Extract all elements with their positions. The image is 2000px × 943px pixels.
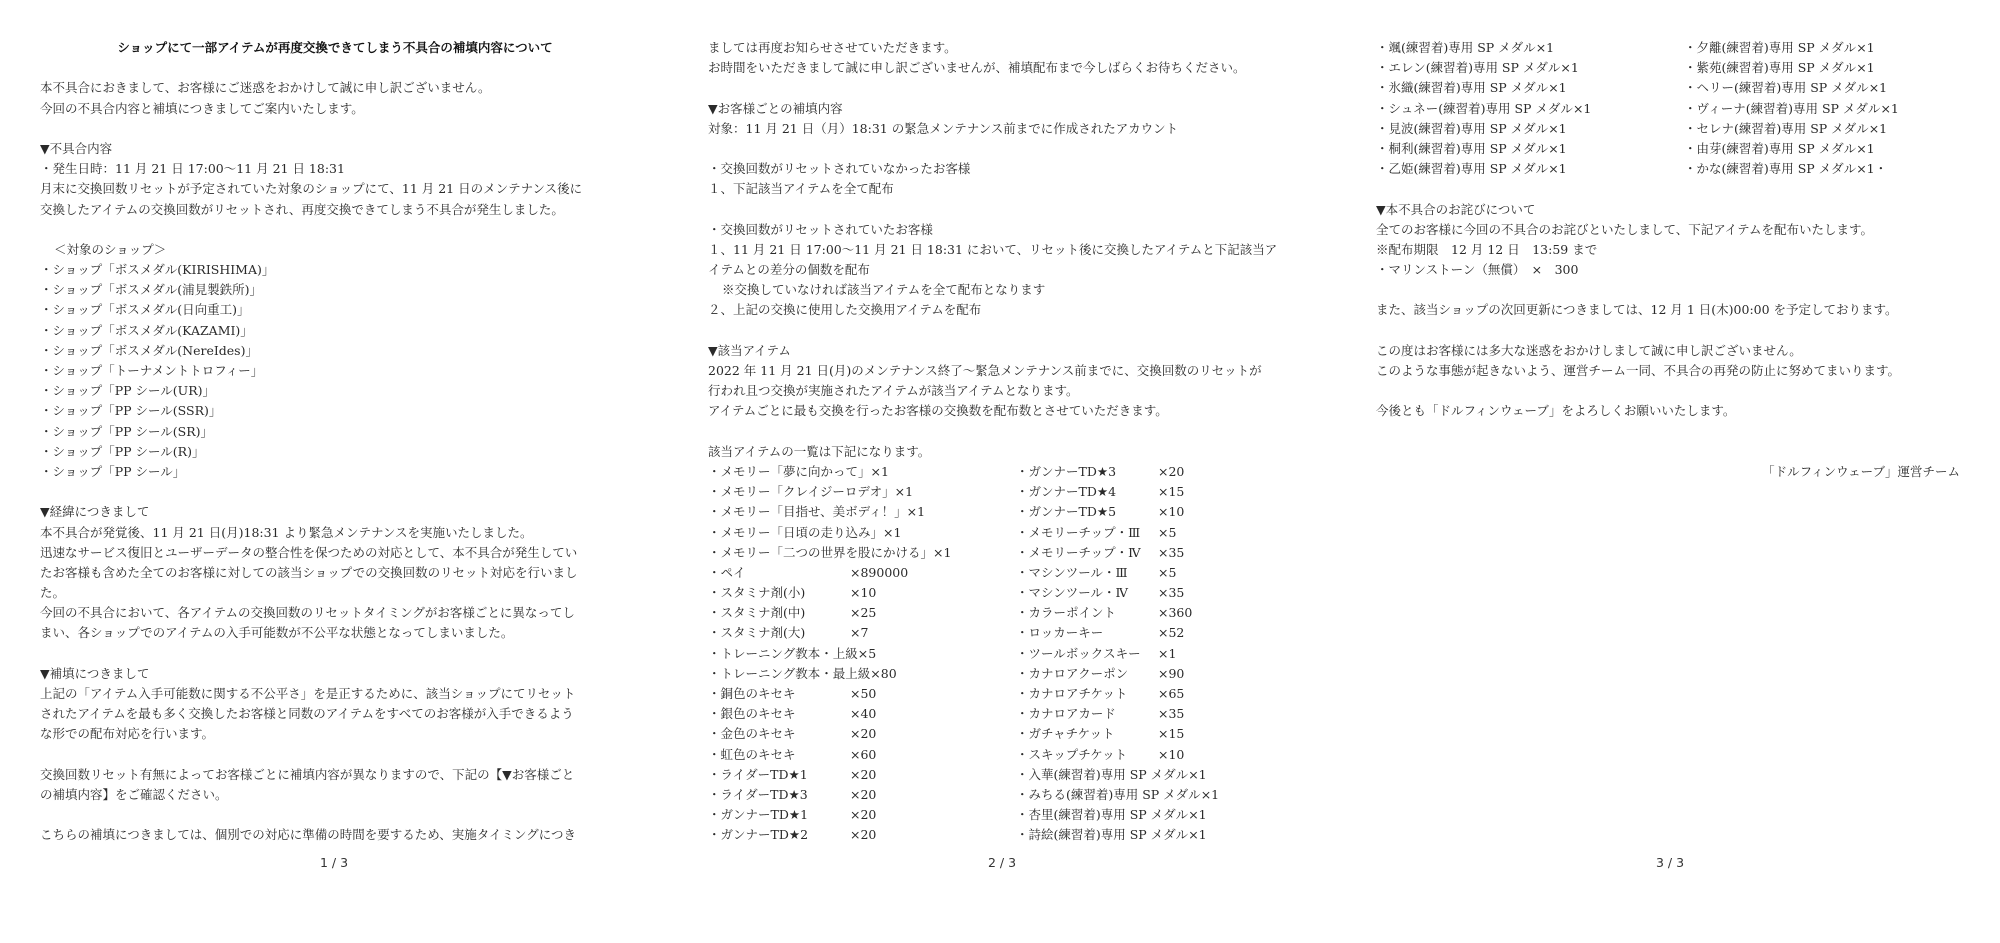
item-name: ・トレーニング教本・上級	[708, 644, 858, 664]
not-reset-label: ・交換回数がリセットされていなかったお客様	[708, 159, 1348, 179]
items-column-1: ・メモリー「夢に向かって」×1・メモリー「クレイジーロデオ」×1・メモリー「目指…	[708, 462, 1016, 846]
history-line: たお客様も含めた全てのお客様に対しての該当ショップでの交換回数のリセット対応を行…	[40, 563, 680, 583]
shop-item: ・ショップ「PP シール(R)」	[40, 442, 680, 462]
item-row: ・ガンナーTD★4×15	[1016, 482, 1219, 502]
item-quantity: ×1	[1856, 38, 1874, 58]
document-page-1: ショップにて一部アイテムが再度交換できてしまう不具合の補填内容について 本不具合…	[40, 38, 680, 878]
item-row: ・メモリー「クレイジーロデオ」×1	[708, 482, 1016, 502]
item-row: ・桐利(練習着)専用 SP メダル×1	[1376, 139, 1684, 159]
history-line: 迅速なサービス復旧とユーザーデータの整合性を保つための対応として、本不具合が発生…	[40, 543, 680, 563]
item-quantity: ×1	[1573, 99, 1591, 119]
bug-desc-line: 月末に交換回数リセットが予定されていた対象のショップにて、11 月 21 日のメ…	[40, 179, 680, 199]
reset-label: ・交換回数がリセットされていたお客様	[708, 220, 1348, 240]
document-page-2: ましては再度お知らせさせていただきます。 お時間をいただきまして誠に申し訳ござい…	[708, 38, 1348, 878]
page-number: 2 / 3	[988, 855, 1016, 870]
bug-datetime: ・発生日時：11 月 21 日 17:00～11 月 21 日 18:31	[40, 159, 680, 179]
item-quantity: ×10	[1158, 745, 1184, 765]
items-desc-line: 行われ且つ交換が実施されたアイテムが該当アイテムとなります。	[708, 381, 1348, 401]
item-quantity: ×20	[850, 765, 876, 785]
item-quantity: ×20	[1158, 462, 1184, 482]
item-quantity: ×15	[1158, 482, 1184, 502]
item-row: ・トレーニング教本・上級×5	[708, 644, 1016, 664]
item-name: ・入華(練習着)専用 SP メダル	[1016, 765, 1188, 785]
item-name: ・銀色のキセキ	[708, 704, 850, 724]
item-name: ・氷織(練習着)専用 SP メダル	[1376, 78, 1548, 98]
item-quantity: ×1	[1548, 139, 1566, 159]
item-row: ・颯(練習着)専用 SP メダル×1	[1376, 38, 1684, 58]
item-name: ・スタミナ剤(大)	[708, 623, 850, 643]
item-row: ・ライダーTD★3×20	[708, 785, 1016, 805]
regards-line: 今後とも「ドルフィンウェーブ」をよろしくお願いいたします。	[1376, 401, 1976, 421]
section-heading-items: ▼該当アイテム	[708, 341, 1348, 361]
items-column-1: ・颯(練習着)専用 SP メダル×1・エレン(練習着)専用 SP メダル×1・氷…	[1376, 38, 1684, 179]
item-row: ・乙姫(練習着)専用 SP メダル×1	[1376, 159, 1684, 179]
item-name: ・虹色のキセキ	[708, 745, 850, 765]
item-row: ・メモリーチップ・Ⅲ×5	[1016, 523, 1219, 543]
item-row: ・メモリー「二つの世界を股にかける」×1	[708, 543, 1016, 563]
shop-item: ・ショップ「ボスメダル(KAZAMI)」	[40, 321, 680, 341]
apology-line: 全てのお客様に今回の不具合のお詫びといたしまして、下記アイテムを配布いたします。	[1376, 220, 1976, 240]
item-name: ・メモリーチップ・Ⅳ	[1016, 543, 1158, 563]
item-quantity: ×1・	[1856, 159, 1887, 179]
items-desc-line: 2022 年 11 月 21 日(月)のメンテナンス終了～緊急メンテナンス前まで…	[708, 361, 1348, 381]
item-name: ・ヴィーナ(練習着)専用 SP メダル	[1684, 99, 1880, 119]
item-quantity: ×890000	[850, 563, 908, 583]
item-quantity: ×360	[1158, 603, 1192, 623]
item-name: ・スタミナ剤(中)	[708, 603, 850, 623]
section-heading-per-customer: ▼お客様ごとの補填内容	[708, 99, 1348, 119]
item-quantity: ×20	[850, 825, 876, 845]
shop-item: ・ショップ「PP シール(SR)」	[40, 422, 680, 442]
item-row: ・マシンツール・Ⅳ×35	[1016, 583, 1219, 603]
intro-line: 今回の不具合内容と補填につきましてご案内いたします。	[40, 99, 680, 119]
item-quantity: ×90	[1158, 664, 1184, 684]
item-name: ・ツールボックスキー	[1016, 644, 1158, 664]
closing-line: この度はお客様には多大な迷惑をおかけしまして誠に申し訳ございません。	[1376, 341, 1976, 361]
item-quantity: ×1	[1869, 119, 1887, 139]
item-name: ・杏里(練習着)専用 SP メダル	[1016, 805, 1188, 825]
item-name: ・かな(練習着)専用 SP メダル	[1684, 159, 1856, 179]
item-row: ・銀色のキセキ×40	[708, 704, 1016, 724]
item-quantity: ×1	[1188, 805, 1206, 825]
item-row: ・見波(練習着)専用 SP メダル×1	[1376, 119, 1684, 139]
item-name: ・紫苑(練習着)専用 SP メダル	[1684, 58, 1856, 78]
section-heading-compensation: ▼補填につきまして	[40, 664, 680, 684]
item-row: ・セレナ(練習着)専用 SP メダル×1	[1684, 119, 1899, 139]
item-row: ・メモリー「夢に向かって」×1	[708, 462, 1016, 482]
item-quantity: ×10	[1158, 502, 1184, 522]
shop-item: ・ショップ「PP シール」	[40, 462, 680, 482]
item-name: ・ガンナーTD★1	[708, 805, 850, 825]
item-name: ・ガンナーTD★3	[1016, 462, 1158, 482]
item-row: ・夕離(練習着)専用 SP メダル×1	[1684, 38, 1899, 58]
item-row: ・ヴィーナ(練習着)専用 SP メダル×1	[1684, 99, 1899, 119]
item-row: ・ガンナーTD★1×20	[708, 805, 1016, 825]
item-quantity: ×20	[850, 785, 876, 805]
item-row: ・ガンナーTD★3×20	[1016, 462, 1219, 482]
item-quantity: ×1	[1880, 99, 1898, 119]
shop-item: ・ショップ「ボスメダル(KIRISHIMA)」	[40, 260, 680, 280]
item-quantity: ×5	[1158, 523, 1176, 543]
shop-item: ・ショップ「ボスメダル(NereIdes)」	[40, 341, 680, 361]
item-quantity: ×5	[1158, 563, 1176, 583]
compensation-line: こちらの補填につきましては、個別での対応に準備の時間を要するため、実施タイミング…	[40, 825, 680, 845]
compensation-line: な形での配布対応を行います。	[40, 724, 680, 744]
item-quantity: ×25	[850, 603, 876, 623]
apology-deadline: ※配布期限 12 月 12 日 13:59 まで	[1376, 240, 1976, 260]
item-name: ・マシンツール・Ⅳ	[1016, 583, 1158, 603]
item-row: ・スタミナ剤(大)×7	[708, 623, 1016, 643]
compensation-line: 交換回数リセット有無によってお客様ごとに補填内容が異なりますので、下記の【▼お客…	[40, 765, 680, 785]
next-update: また、該当ショップの次回更新につきましては、12 月 1 日(木)00:00 を…	[1376, 300, 1976, 320]
item-quantity: ×40	[850, 704, 876, 724]
item-name: ・みちる(練習着)専用 SP メダル	[1016, 785, 1201, 805]
item-row: ・金色のキセキ×20	[708, 724, 1016, 744]
item-quantity: ×35	[1158, 704, 1184, 724]
item-quantity: ×10	[850, 583, 876, 603]
closing-line: このような事態が起きないよう、運営チーム一同、不具合の再発の防止に努めてまいりま…	[1376, 361, 1976, 381]
compensation-line: されたアイテムを最も多く交換したお客様と同数のアイテムをすべてのお客様が入手でき…	[40, 704, 680, 724]
item-name: ・エレン(練習着)専用 SP メダル	[1376, 58, 1560, 78]
item-quantity: ×1	[1201, 785, 1219, 805]
history-line: た。	[40, 583, 680, 603]
item-name: ・カナロアチケット	[1016, 684, 1158, 704]
page-number: 1 / 3	[320, 855, 348, 870]
reset-step: イテムとの差分の個数を配布	[708, 260, 1348, 280]
item-quantity: ×7	[850, 623, 868, 643]
document-title: ショップにて一部アイテムが再度交換できてしまう不具合の補填内容について	[40, 38, 630, 58]
page-number: 3 / 3	[1656, 855, 1684, 870]
item-quantity: ×1	[1548, 159, 1566, 179]
item-quantity: ×1	[933, 543, 951, 563]
item-name: ・メモリー「目指せ、美ボディ！」	[708, 502, 907, 522]
item-row: ・カナロアカード×35	[1016, 704, 1219, 724]
bug-desc-line: 交換したアイテムの交換回数がリセットされ、再度交換できてしまう不具合が発生しまし…	[40, 200, 680, 220]
item-row: ・ガンナーTD★2×20	[708, 825, 1016, 845]
item-row: ・シュネー(練習着)専用 SP メダル×1	[1376, 99, 1684, 119]
item-quantity: ×1	[1560, 58, 1578, 78]
item-row: ・みちる(練習着)専用 SP メダル×1	[1016, 785, 1219, 805]
item-name: ・ロッカーキー	[1016, 623, 1158, 643]
item-row: ・トレーニング教本・最上級×80	[708, 664, 1016, 684]
item-quantity: ×1	[871, 462, 889, 482]
section-heading-bug: ▼不具合内容	[40, 139, 680, 159]
item-row: ・銅色のキセキ×50	[708, 684, 1016, 704]
item-quantity: ×50	[850, 684, 876, 704]
item-name: ・マシンツール・Ⅲ	[1016, 563, 1158, 583]
item-quantity: ×5	[858, 644, 876, 664]
item-name: ・メモリーチップ・Ⅲ	[1016, 523, 1158, 543]
compensation-line: の補填内容】をご確認ください。	[40, 785, 680, 805]
item-name: ・シュネー(練習着)専用 SP メダル	[1376, 99, 1573, 119]
item-row: ・スタミナ剤(小)×10	[708, 583, 1016, 603]
items-column-2: ・夕離(練習着)専用 SP メダル×1・紫苑(練習着)専用 SP メダル×1・ヘ…	[1684, 38, 1899, 179]
item-row: ・詩絵(練習着)専用 SP メダル×1	[1016, 825, 1219, 845]
item-name: ・メモリー「二つの世界を股にかける」	[708, 543, 933, 563]
item-quantity: ×1	[1856, 139, 1874, 159]
items-list-intro: 該当アイテムの一覧は下記になります。	[708, 442, 1348, 462]
item-row: ・ツールボックスキー×1	[1016, 644, 1219, 664]
item-row: ・メモリー「日頃の走り込み」×1	[708, 523, 1016, 543]
item-name: ・メモリー「日頃の走り込み」	[708, 523, 883, 543]
item-name: ・詩絵(練習着)専用 SP メダル	[1016, 825, 1188, 845]
item-row: ・メモリーチップ・Ⅳ×35	[1016, 543, 1219, 563]
item-name: ・スキップチケット	[1016, 745, 1158, 765]
item-row: ・マシンツール・Ⅲ×5	[1016, 563, 1219, 583]
item-name: ・ライダーTD★3	[708, 785, 850, 805]
item-quantity: ×15	[1158, 724, 1184, 744]
item-quantity: ×1	[1548, 78, 1566, 98]
shop-item: ・ショップ「PP シール(SSR)」	[40, 401, 680, 421]
item-row: ・スキップチケット×10	[1016, 745, 1219, 765]
item-name: ・セレナ(練習着)専用 SP メダル	[1684, 119, 1869, 139]
item-name: ・ガンナーTD★5	[1016, 502, 1158, 522]
item-row: ・由芽(練習着)専用 SP メダル×1	[1684, 139, 1899, 159]
item-name: ・カナロアカード	[1016, 704, 1158, 724]
reset-step: ２、上記の交換に使用した交換用アイテムを配布	[708, 300, 1348, 320]
item-quantity: ×65	[1158, 684, 1184, 704]
item-row: ・紫苑(練習着)専用 SP メダル×1	[1684, 58, 1899, 78]
item-name: ・メモリー「クレイジーロデオ」	[708, 482, 895, 502]
shop-item: ・ショップ「ボスメダル(浦見製鉄所)」	[40, 280, 680, 300]
item-quantity: ×1	[1188, 765, 1206, 785]
item-quantity: ×1	[1869, 78, 1887, 98]
item-name: ・カナロアクーポン	[1016, 664, 1158, 684]
item-name: ・ペイ	[708, 563, 850, 583]
item-quantity: ×1	[1856, 58, 1874, 78]
item-row: ・かな(練習着)専用 SP メダル×1・	[1684, 159, 1899, 179]
item-quantity: ×80	[870, 664, 896, 684]
item-name: ・颯(練習着)専用 SP メダル	[1376, 38, 1536, 58]
item-row: ・カラーポイント×360	[1016, 603, 1219, 623]
reset-step: １、11 月 21 日 17:00～11 月 21 日 18:31 において、リ…	[708, 240, 1348, 260]
shops-heading: ＜対象のショップ＞	[40, 240, 680, 260]
item-quantity: ×35	[1158, 543, 1184, 563]
section-heading-apology: ▼本不具合のお詫びについて	[1376, 200, 1976, 220]
shop-item: ・ショップ「トーナメントトロフィー」	[40, 361, 680, 381]
item-quantity: ×1	[1188, 825, 1206, 845]
history-line: まい、各ショップでのアイテムの入手可能数が不公平な状態となってしまいました。	[40, 623, 680, 643]
intro-line: 本不具合におきまして、お客様にご迷惑をおかけして誠に申し訳ございません。	[40, 78, 680, 98]
section-heading-history: ▼経緯につきまして	[40, 502, 680, 522]
continued-line: ましては再度お知らせさせていただきます。	[708, 38, 1348, 58]
apology-item: ・マリンストーン（無償） × 300	[1376, 260, 1976, 280]
item-quantity: ×1	[883, 523, 901, 543]
item-quantity: ×1	[1536, 38, 1554, 58]
item-row: ・氷織(練習着)専用 SP メダル×1	[1376, 78, 1684, 98]
item-name: ・金色のキセキ	[708, 724, 850, 744]
item-name: ・スタミナ剤(小)	[708, 583, 850, 603]
item-name: ・ヘリー(練習着)専用 SP メダル	[1684, 78, 1869, 98]
item-name: ・カラーポイント	[1016, 603, 1158, 623]
item-quantity: ×35	[1158, 583, 1184, 603]
items-desc-line: アイテムごとに最も交換を行ったお客様の交換数を配布数とさせていただきます。	[708, 401, 1348, 421]
item-name: ・見波(練習着)専用 SP メダル	[1376, 119, 1548, 139]
item-quantity: ×52	[1158, 623, 1184, 643]
item-quantity: ×1	[1158, 644, 1176, 664]
item-name: ・乙姫(練習着)専用 SP メダル	[1376, 159, 1548, 179]
item-name: ・トレーニング教本・最上級	[708, 664, 870, 684]
item-row: ・ガンナーTD★5×10	[1016, 502, 1219, 522]
item-name: ・メモリー「夢に向かって」	[708, 462, 871, 482]
item-row: ・メモリー「目指せ、美ボディ！」×1	[708, 502, 1016, 522]
item-row: ・スタミナ剤(中)×25	[708, 603, 1016, 623]
item-name: ・ガンナーTD★2	[708, 825, 850, 845]
items-list: ・メモリー「夢に向かって」×1・メモリー「クレイジーロデオ」×1・メモリー「目指…	[708, 462, 1348, 846]
item-row: ・ロッカーキー×52	[1016, 623, 1219, 643]
shop-item: ・ショップ「PP シール(UR)」	[40, 381, 680, 401]
item-name: ・桐利(練習着)専用 SP メダル	[1376, 139, 1548, 159]
not-reset-step: １、下記該当アイテムを全て配布	[708, 179, 1348, 199]
items-list-continued: ・颯(練習着)専用 SP メダル×1・エレン(練習着)専用 SP メダル×1・氷…	[1376, 38, 1976, 179]
item-row: ・カナロアクーポン×90	[1016, 664, 1219, 684]
item-quantity: ×20	[850, 805, 876, 825]
history-line: 今回の不具合において、各アイテムの交換回数のリセットタイミングがお客様ごとに異な…	[40, 603, 680, 623]
item-quantity: ×20	[850, 724, 876, 744]
item-name: ・由芽(練習着)専用 SP メダル	[1684, 139, 1856, 159]
item-quantity: ×1	[895, 482, 913, 502]
item-row: ・ペイ×890000	[708, 563, 1016, 583]
item-row: ・ヘリー(練習着)専用 SP メダル×1	[1684, 78, 1899, 98]
reset-note: ※交換していなければ該当アイテムを全て配布となります	[708, 280, 1348, 300]
item-row: ・杏里(練習着)専用 SP メダル×1	[1016, 805, 1219, 825]
item-quantity: ×1	[1548, 119, 1566, 139]
item-name: ・ライダーTD★1	[708, 765, 850, 785]
target-accounts: 対象：11 月 21 日（月）18:31 の緊急メンテナンス前までに作成されたア…	[708, 119, 1348, 139]
continued-line: お時間をいただきまして誠に申し訳ございませんが、補填配布まで今しばらくお待ちくだ…	[708, 58, 1348, 78]
history-line: 本不具合が発覚後、11 月 21 日(月)18:31 より緊急メンテナンスを実施…	[40, 523, 680, 543]
signature: 「ドルフィンウェーブ」運営チーム	[1376, 462, 1960, 482]
item-row: ・ライダーTD★1×20	[708, 765, 1016, 785]
compensation-line: 上記の「アイテム入手可能数に関する不公平さ」を是正するために、該当ショップにてリ…	[40, 684, 680, 704]
document-page-3: ・颯(練習着)専用 SP メダル×1・エレン(練習着)専用 SP メダル×1・氷…	[1376, 38, 1976, 878]
item-row: ・エレン(練習着)専用 SP メダル×1	[1376, 58, 1684, 78]
item-row: ・ガチャチケット×15	[1016, 724, 1219, 744]
item-name: ・銅色のキセキ	[708, 684, 850, 704]
item-row: ・カナロアチケット×65	[1016, 684, 1219, 704]
item-row: ・虹色のキセキ×60	[708, 745, 1016, 765]
item-row: ・入華(練習着)専用 SP メダル×1	[1016, 765, 1219, 785]
item-quantity: ×1	[907, 502, 925, 522]
shop-item: ・ショップ「ボスメダル(日向重工)」	[40, 300, 680, 320]
item-quantity: ×60	[850, 745, 876, 765]
item-name: ・ガンナーTD★4	[1016, 482, 1158, 502]
item-name: ・夕離(練習着)専用 SP メダル	[1684, 38, 1856, 58]
item-name: ・ガチャチケット	[1016, 724, 1158, 744]
items-column-2: ・ガンナーTD★3×20・ガンナーTD★4×15・ガンナーTD★5×10・メモリ…	[1016, 462, 1219, 846]
